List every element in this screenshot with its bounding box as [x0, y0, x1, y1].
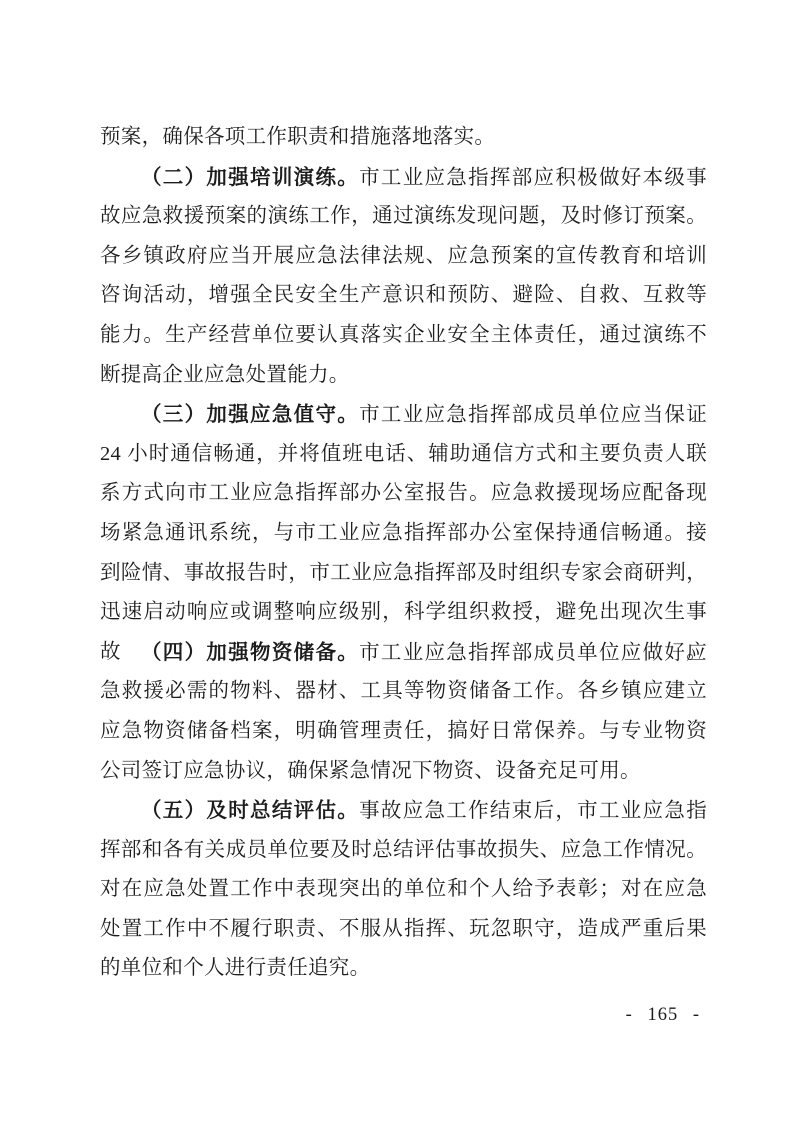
line-text: 事故应急工作结束后，市工业应急指	[359, 800, 707, 822]
text-line: 系方式向市工业应急指挥部办公室报告。应急救援现场应配备现	[100, 474, 707, 514]
text-line: 断提高企业应急处置能力。	[100, 356, 707, 396]
text-line: 的单位和个人进行责任追究。	[100, 949, 707, 989]
line-text: 断提高企业应急处置能力。	[100, 364, 350, 386]
line-text: 能力。生产经营单位要认真落实企业安全主体责任，通过演练不	[100, 324, 707, 346]
line-text: 各乡镇政府应当开展应急法律法规、应急预案的宣传教育和培训	[100, 245, 707, 267]
line-text: 市工业应急指挥部成员单位应当保证	[359, 404, 707, 426]
text-line: 场紧急通讯系统，与市工业应急指挥部办公室保持通信畅通。接	[100, 514, 707, 554]
line-text: 市工业应急指挥部成员单位应做好应	[359, 642, 707, 664]
page-number: - 165 -	[100, 1001, 700, 1029]
text-line: 公司签订应急协议，确保紧急情况下物资、设备充足可用。	[100, 752, 707, 792]
line-text: 市工业应急指挥部应积极做好本级事	[359, 167, 707, 189]
line-text: 挥部和各有关成员单位要及时总结评估事故损失、应急工作情况。	[100, 839, 707, 861]
paragraph-heading: （四）加强物资储备。	[141, 641, 359, 664]
line-text: 场紧急通讯系统，与市工业应急指挥部办公室保持通信畅通。接	[100, 522, 707, 544]
text-line: 到险情、事故报告时，市工业应急指挥部及时组织专家会商研判，	[100, 554, 707, 594]
line-text: 咨询活动，增强全民安全生产意识和预防、避险、自救、互救等	[100, 284, 707, 306]
line-text: 预案，确保各项工作职责和措施落地落实。	[100, 126, 495, 148]
text-block: 预案，确保各项工作职责和措施落地落实。（二）加强培训演练。市工业应急指挥部应积极…	[100, 118, 707, 989]
text-line: （五）及时总结评估。事故应急工作结束后，市工业应急指	[100, 791, 707, 831]
text-line: 挥部和各有关成员单位要及时总结评估事故损失、应急工作情况。	[100, 831, 707, 871]
line-text: 对在应急处置工作中表现突出的单位和个人给予表彰；对在应急	[100, 878, 707, 900]
text-line: 各乡镇政府应当开展应急法律法规、应急预案的宣传教育和培训	[100, 237, 707, 277]
line-text: 公司签订应急协议，确保紧急情况下物资、设备充足可用。	[100, 760, 641, 782]
text-line: 24 小时通信畅通，并将值班电话、辅助通信方式和主要负责人联	[100, 435, 707, 475]
text-line: 对在应急处置工作中表现突出的单位和个人给予表彰；对在应急	[100, 870, 707, 910]
text-line: 处置工作中不履行职责、不服从指挥、玩忽职守，造成严重后果	[100, 910, 707, 950]
text-line: 咨询活动，增强全民安全生产意识和预防、避险、自救、互救等	[100, 276, 707, 316]
line-text: 处置工作中不履行职责、不服从指挥、玩忽职守，造成严重后果	[100, 918, 707, 940]
line-text: 24 小时通信畅通，并将值班电话、辅助通信方式和主要负责人联	[100, 443, 707, 465]
text-line: 应急物资储备档案，明确管理责任，搞好日常保养。与专业物资	[100, 712, 707, 752]
text-line: 急救援必需的物料、器材、工具等物资储备工作。各乡镇应建立	[100, 672, 707, 712]
paragraph-heading: （三）加强应急值守。	[141, 403, 359, 426]
line-text: 急救援必需的物料、器材、工具等物资储备工作。各乡镇应建立	[100, 680, 707, 702]
text-line: （四）加强物资储备。市工业应急指挥部成员单位应做好应	[100, 633, 707, 673]
text-line: 迅速启动响应或调整响应级别，科学组织救授，避免出现次生事故。	[100, 593, 707, 633]
document-page: 预案，确保各项工作职责和措施落地落实。（二）加强培训演练。市工业应急指挥部应积极…	[0, 0, 793, 1122]
line-text: 的单位和个人进行责任追究。	[100, 957, 370, 979]
text-line: （三）加强应急值守。市工业应急指挥部成员单位应当保证	[100, 395, 707, 435]
paragraph-heading: （五）及时总结评估。	[141, 799, 359, 822]
text-line: 能力。生产经营单位要认真落实企业安全主体责任，通过演练不	[100, 316, 707, 356]
text-line: 故应急救援预案的演练工作，通过演练发现问题，及时修订预案。	[100, 197, 707, 237]
paragraph-heading: （二）加强培训演练。	[141, 166, 359, 189]
text-line: （二）加强培训演练。市工业应急指挥部应积极做好本级事	[100, 158, 707, 198]
line-text: 故应急救援预案的演练工作，通过演练发现问题，及时修订预案。	[100, 205, 707, 227]
line-text: 到险情、事故报告时，市工业应急指挥部及时组织专家会商研判，	[100, 562, 707, 584]
line-text: 系方式向市工业应急指挥部办公室报告。应急救援现场应配备现	[100, 482, 707, 504]
text-line: 预案，确保各项工作职责和措施落地落实。	[100, 118, 707, 158]
line-text: 应急物资储备档案，明确管理责任，搞好日常保养。与专业物资	[100, 720, 707, 742]
